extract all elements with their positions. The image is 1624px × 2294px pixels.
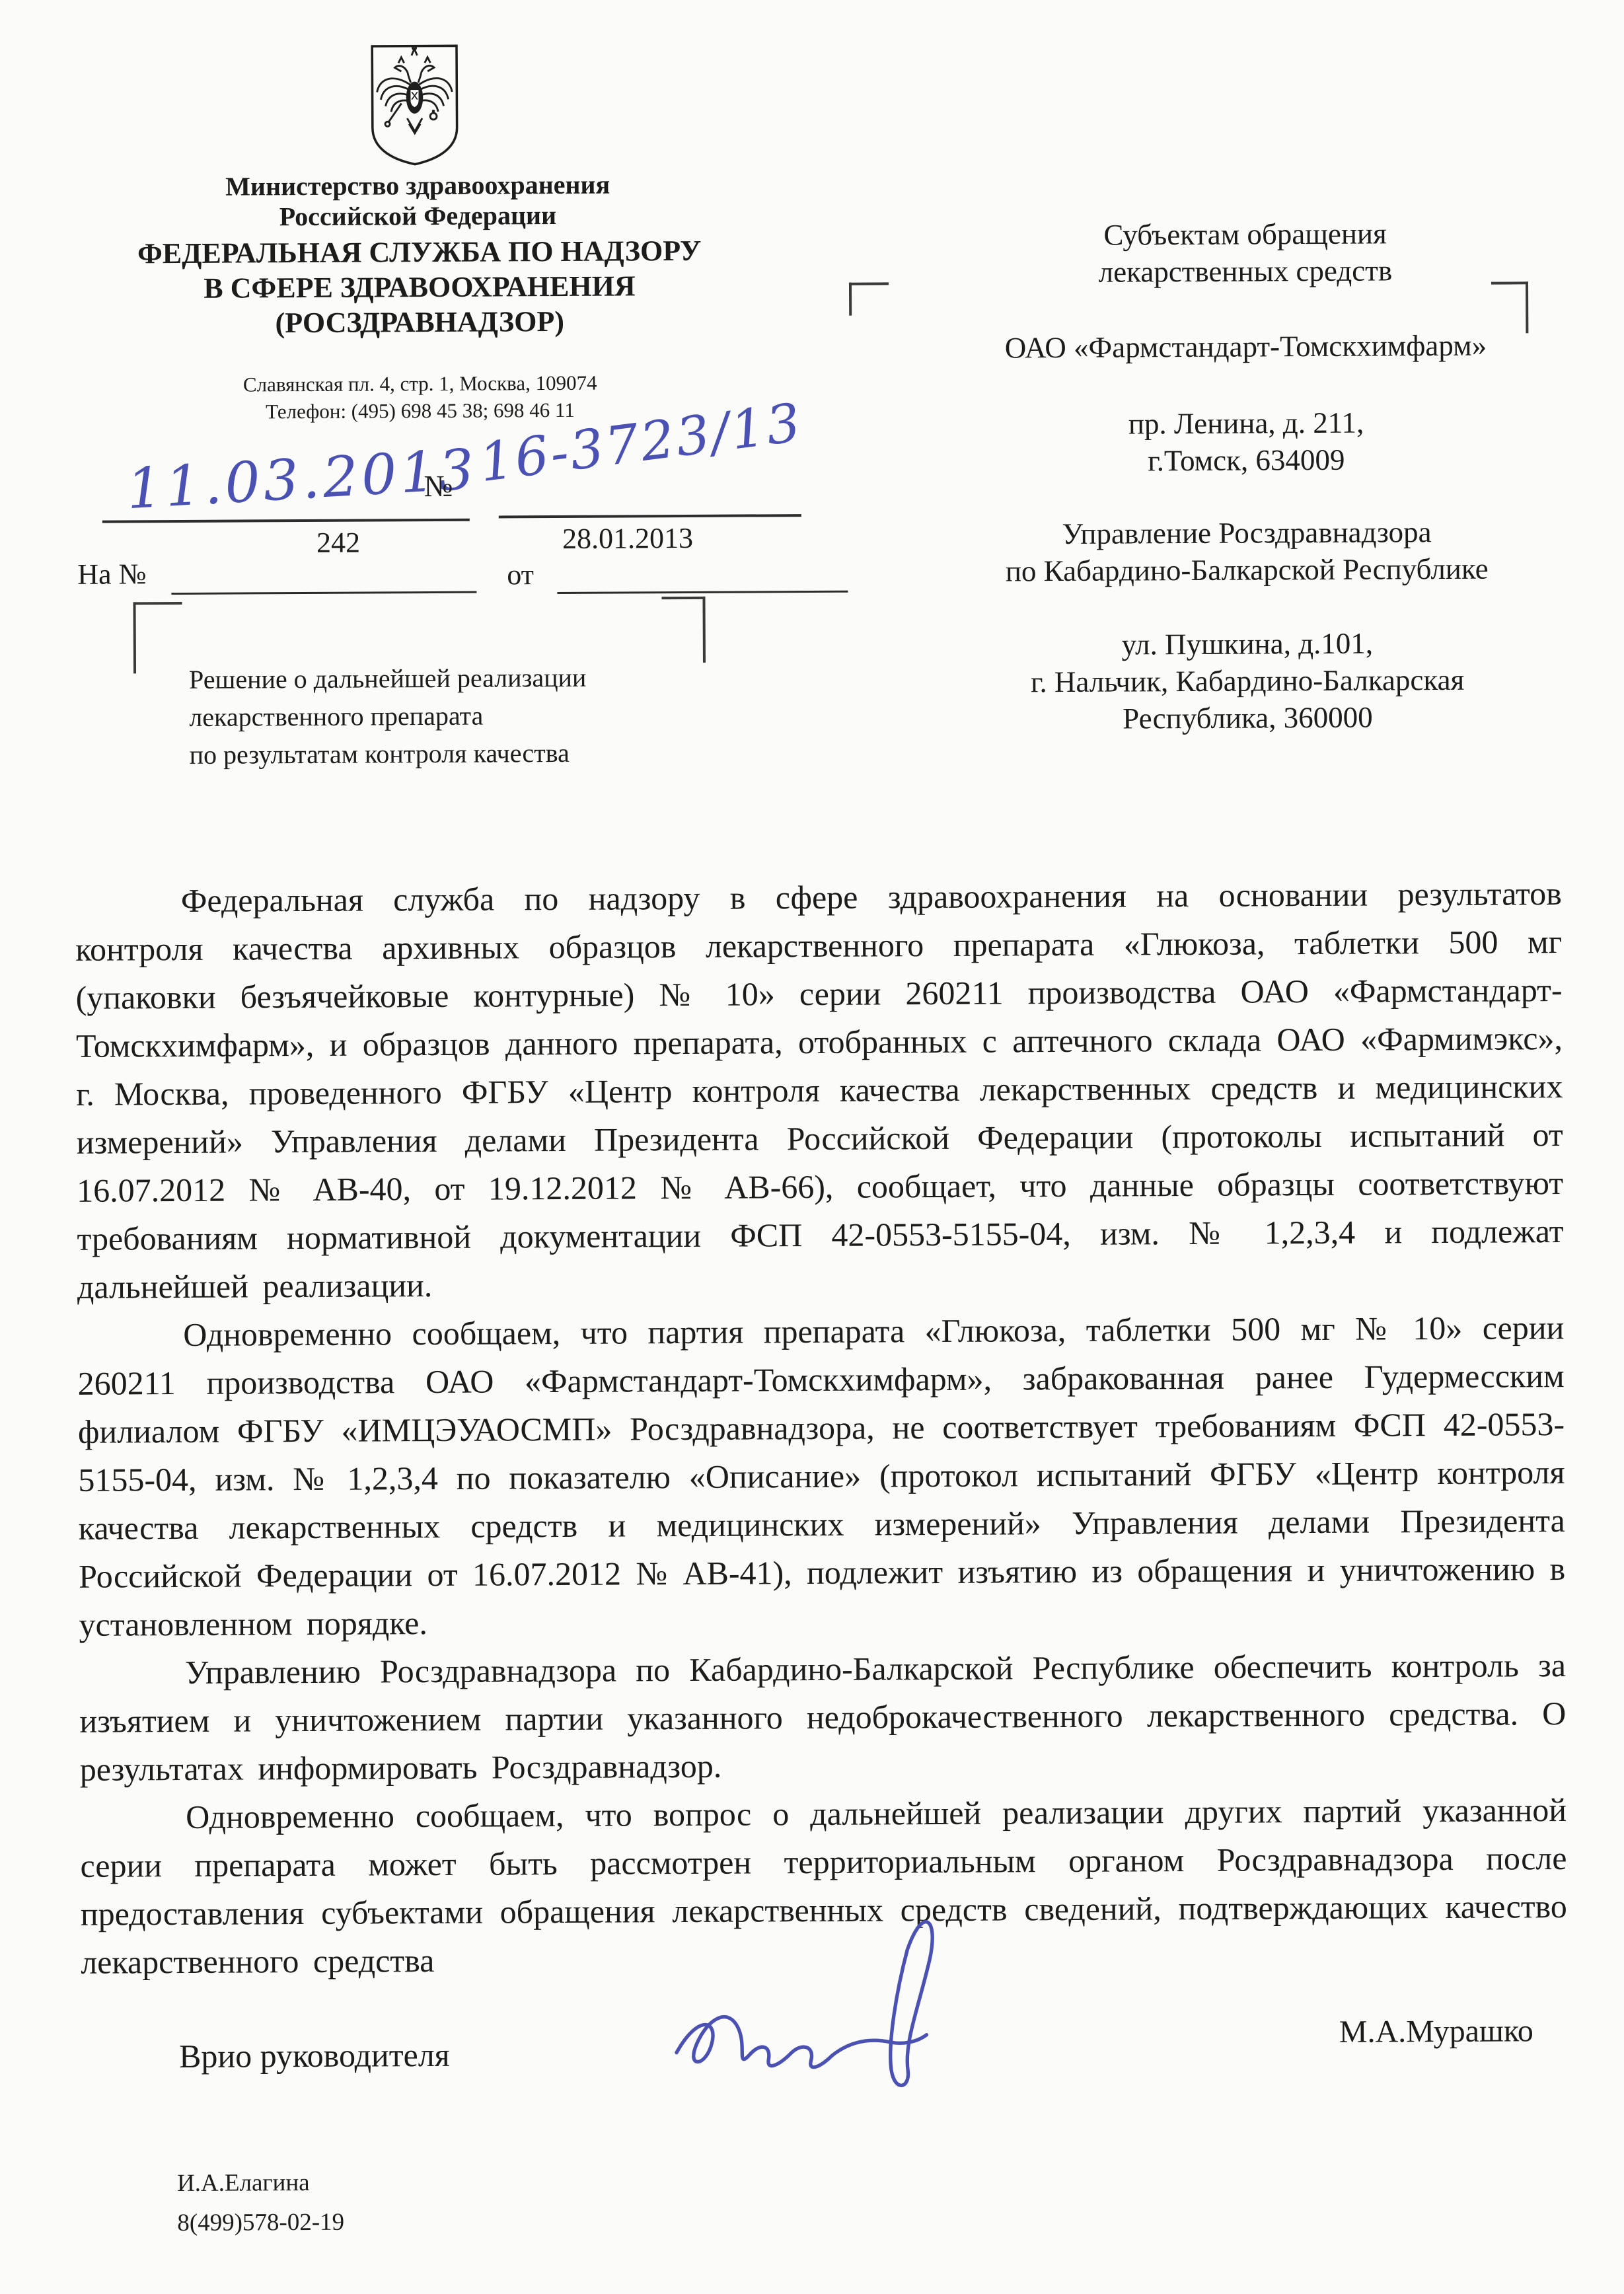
scan-content: Министерство здравоохранения Российской … bbox=[0, 0, 1624, 2294]
crop-corner-mark bbox=[849, 282, 889, 315]
recipient-company-address2: г.Томск, 634009 bbox=[936, 440, 1557, 480]
signer-name: М.А.Мурашко bbox=[1339, 2013, 1533, 2050]
recipient-audience-line2: лекарственных средств bbox=[935, 251, 1556, 291]
crop-corner-mark bbox=[133, 602, 182, 673]
executor-name: И.А.Елагина bbox=[177, 2168, 310, 2198]
ministry-line1: Министерство здравоохранения bbox=[153, 169, 682, 202]
body-paragraph-1: Федеральная служба по надзору в сфере зд… bbox=[75, 869, 1564, 1312]
number-rule-line bbox=[499, 514, 801, 518]
service-name: ФЕДЕРАЛЬНАЯ СЛУЖБА ПО НАДЗОРУ В СФЕРЕ ЗД… bbox=[89, 233, 751, 341]
signer-title: Врио руководителя bbox=[179, 2036, 450, 2075]
body-paragraph-2: Одновременно сообщаем, что партия препар… bbox=[77, 1304, 1566, 1649]
printed-date: 28.01.2013 bbox=[562, 521, 693, 556]
letter-body: Федеральная служба по надзору в сфере зд… bbox=[75, 869, 1568, 1987]
recipient-office-address2: г. Нальчик, Кабардино-Балкарская bbox=[937, 661, 1558, 701]
russia-coat-of-arms-icon bbox=[367, 42, 462, 169]
subject-line1: Решение о дальнейшей реализации bbox=[189, 658, 704, 698]
signature-ink bbox=[659, 1888, 991, 2113]
recipient-office-line2: по Кабардино-Балкарской Республике bbox=[936, 550, 1557, 590]
subject-line3: по результатам контроля качества bbox=[190, 733, 705, 774]
subject-line2: лекарственного препарата bbox=[189, 696, 704, 736]
crop-corner-mark bbox=[661, 597, 706, 663]
reply-to-number-label: На № bbox=[77, 557, 147, 591]
executor-phone: 8(499)578-02-19 bbox=[177, 2208, 344, 2237]
recipient-office-address3: Республика, 360000 bbox=[937, 698, 1558, 738]
reply-from-label: от bbox=[507, 558, 534, 591]
reply-date-blank-line bbox=[557, 591, 848, 594]
recipient-company: ОАО «Фармстандарт-Томскхимфарм» bbox=[935, 326, 1556, 367]
ministry-name: Министерство здравоохранения Российской … bbox=[153, 169, 682, 233]
recipient-office-line1: Управление Росздравнадзора bbox=[936, 513, 1557, 553]
service-line1: ФЕДЕРАЛЬНАЯ СЛУЖБА ПО НАДЗОРУ bbox=[89, 233, 750, 271]
subject-block: Решение о дальнейшей реализации лекарств… bbox=[189, 658, 705, 774]
service-line3: (РОСЗДРАВНАДЗОР) bbox=[89, 303, 750, 341]
ministry-line2: Российской Федерации bbox=[153, 200, 682, 233]
scanned-letter-page: Министерство здравоохранения Российской … bbox=[0, 0, 1624, 2294]
service-line2: В СФЕРЕ ЗДРАВООХРАНЕНИЯ bbox=[89, 268, 750, 306]
recipient-office-address1: ул. Пушкина, д.101, bbox=[937, 624, 1558, 664]
body-paragraph-3: Управлению Росздравнадзора по Кабардино-… bbox=[79, 1641, 1567, 1794]
form-code: 242 bbox=[316, 526, 360, 560]
number-sign-label: № bbox=[424, 468, 453, 503]
recipient-company-address1: пр. Ленина, д. 211, bbox=[936, 403, 1557, 443]
reply-number-blank-line bbox=[171, 591, 476, 595]
letterhead-address: Славянская пл. 4, стр. 1, Москва, 109074 bbox=[90, 370, 751, 397]
recipient-audience-line1: Субъектам обращения bbox=[934, 214, 1555, 254]
recipients-block: Субъектам обращения лекарственных средст… bbox=[934, 214, 1558, 738]
